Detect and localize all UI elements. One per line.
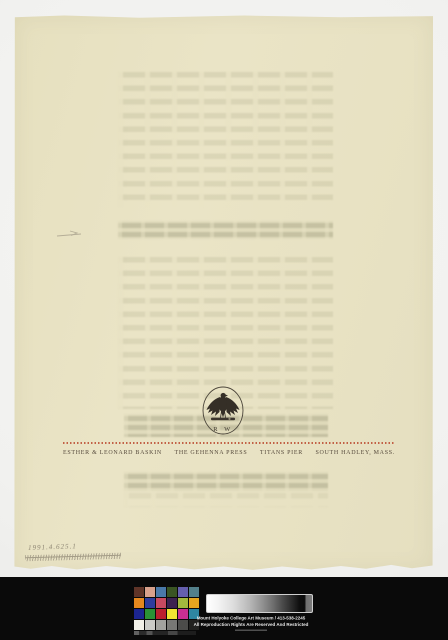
show-through-lines-bottom [124, 493, 328, 507]
show-through-title-band-3 [124, 472, 328, 491]
photographed-artwork: R W ESTHER & LEONARD BASKIN THE GEHENNA … [0, 0, 448, 640]
color-patch [156, 598, 166, 608]
imprint-place: TITANS PIER [260, 450, 303, 456]
museum-label-line2: All Reproduction Rights Are Reserved And… [181, 622, 321, 629]
pressmark-initials: R W [213, 426, 232, 433]
color-patch [134, 587, 144, 597]
color-patch [167, 620, 177, 630]
red-dotted-rule [63, 442, 395, 444]
accession-number: 1991.4.625.1 [28, 540, 138, 552]
color-patch [134, 598, 144, 608]
imprint-line: ESTHER & LEONARD BASKIN THE GEHENNA PRES… [63, 450, 395, 456]
color-patch [145, 587, 155, 597]
pencil-tick-mark [55, 228, 85, 240]
color-patch [145, 598, 155, 608]
color-patch [167, 598, 177, 608]
imprint-names: ESTHER & LEONARD BASKIN [63, 450, 162, 456]
photo-credit-microtext [235, 630, 267, 632]
color-patch [178, 598, 188, 608]
color-patch [134, 620, 144, 630]
museum-label: Mount Holyoke College Art Museum / 413-5… [181, 615, 321, 631]
print-sheet: R W ESTHER & LEONARD BASKIN THE GEHENNA … [14, 15, 433, 571]
pressmark-bird-emblem: R W [200, 386, 246, 437]
color-patch [145, 620, 155, 630]
color-checker-microtext [134, 631, 196, 635]
crossed-out-pencil-note [25, 553, 121, 562]
color-patch [156, 609, 166, 619]
photo-reference-band: Mount Holyoke College Art Museum / 413-5… [0, 577, 448, 640]
show-through-paragraph-top [118, 72, 333, 207]
imprint-press: THE GEHENNA PRESS [174, 450, 247, 456]
color-patch [134, 609, 144, 619]
imprint-town: SOUTH HADLEY, MASS. [315, 450, 395, 456]
color-patch [156, 620, 166, 630]
color-patch [145, 609, 155, 619]
color-patch [167, 609, 177, 619]
color-patch [156, 587, 166, 597]
color-patch [189, 587, 199, 597]
color-patch [167, 587, 177, 597]
color-patch [178, 587, 188, 597]
grayscale-step-wedge [206, 594, 313, 613]
show-through-title-band-1 [118, 221, 333, 239]
color-patch [189, 598, 199, 608]
bird-icon [207, 393, 240, 418]
